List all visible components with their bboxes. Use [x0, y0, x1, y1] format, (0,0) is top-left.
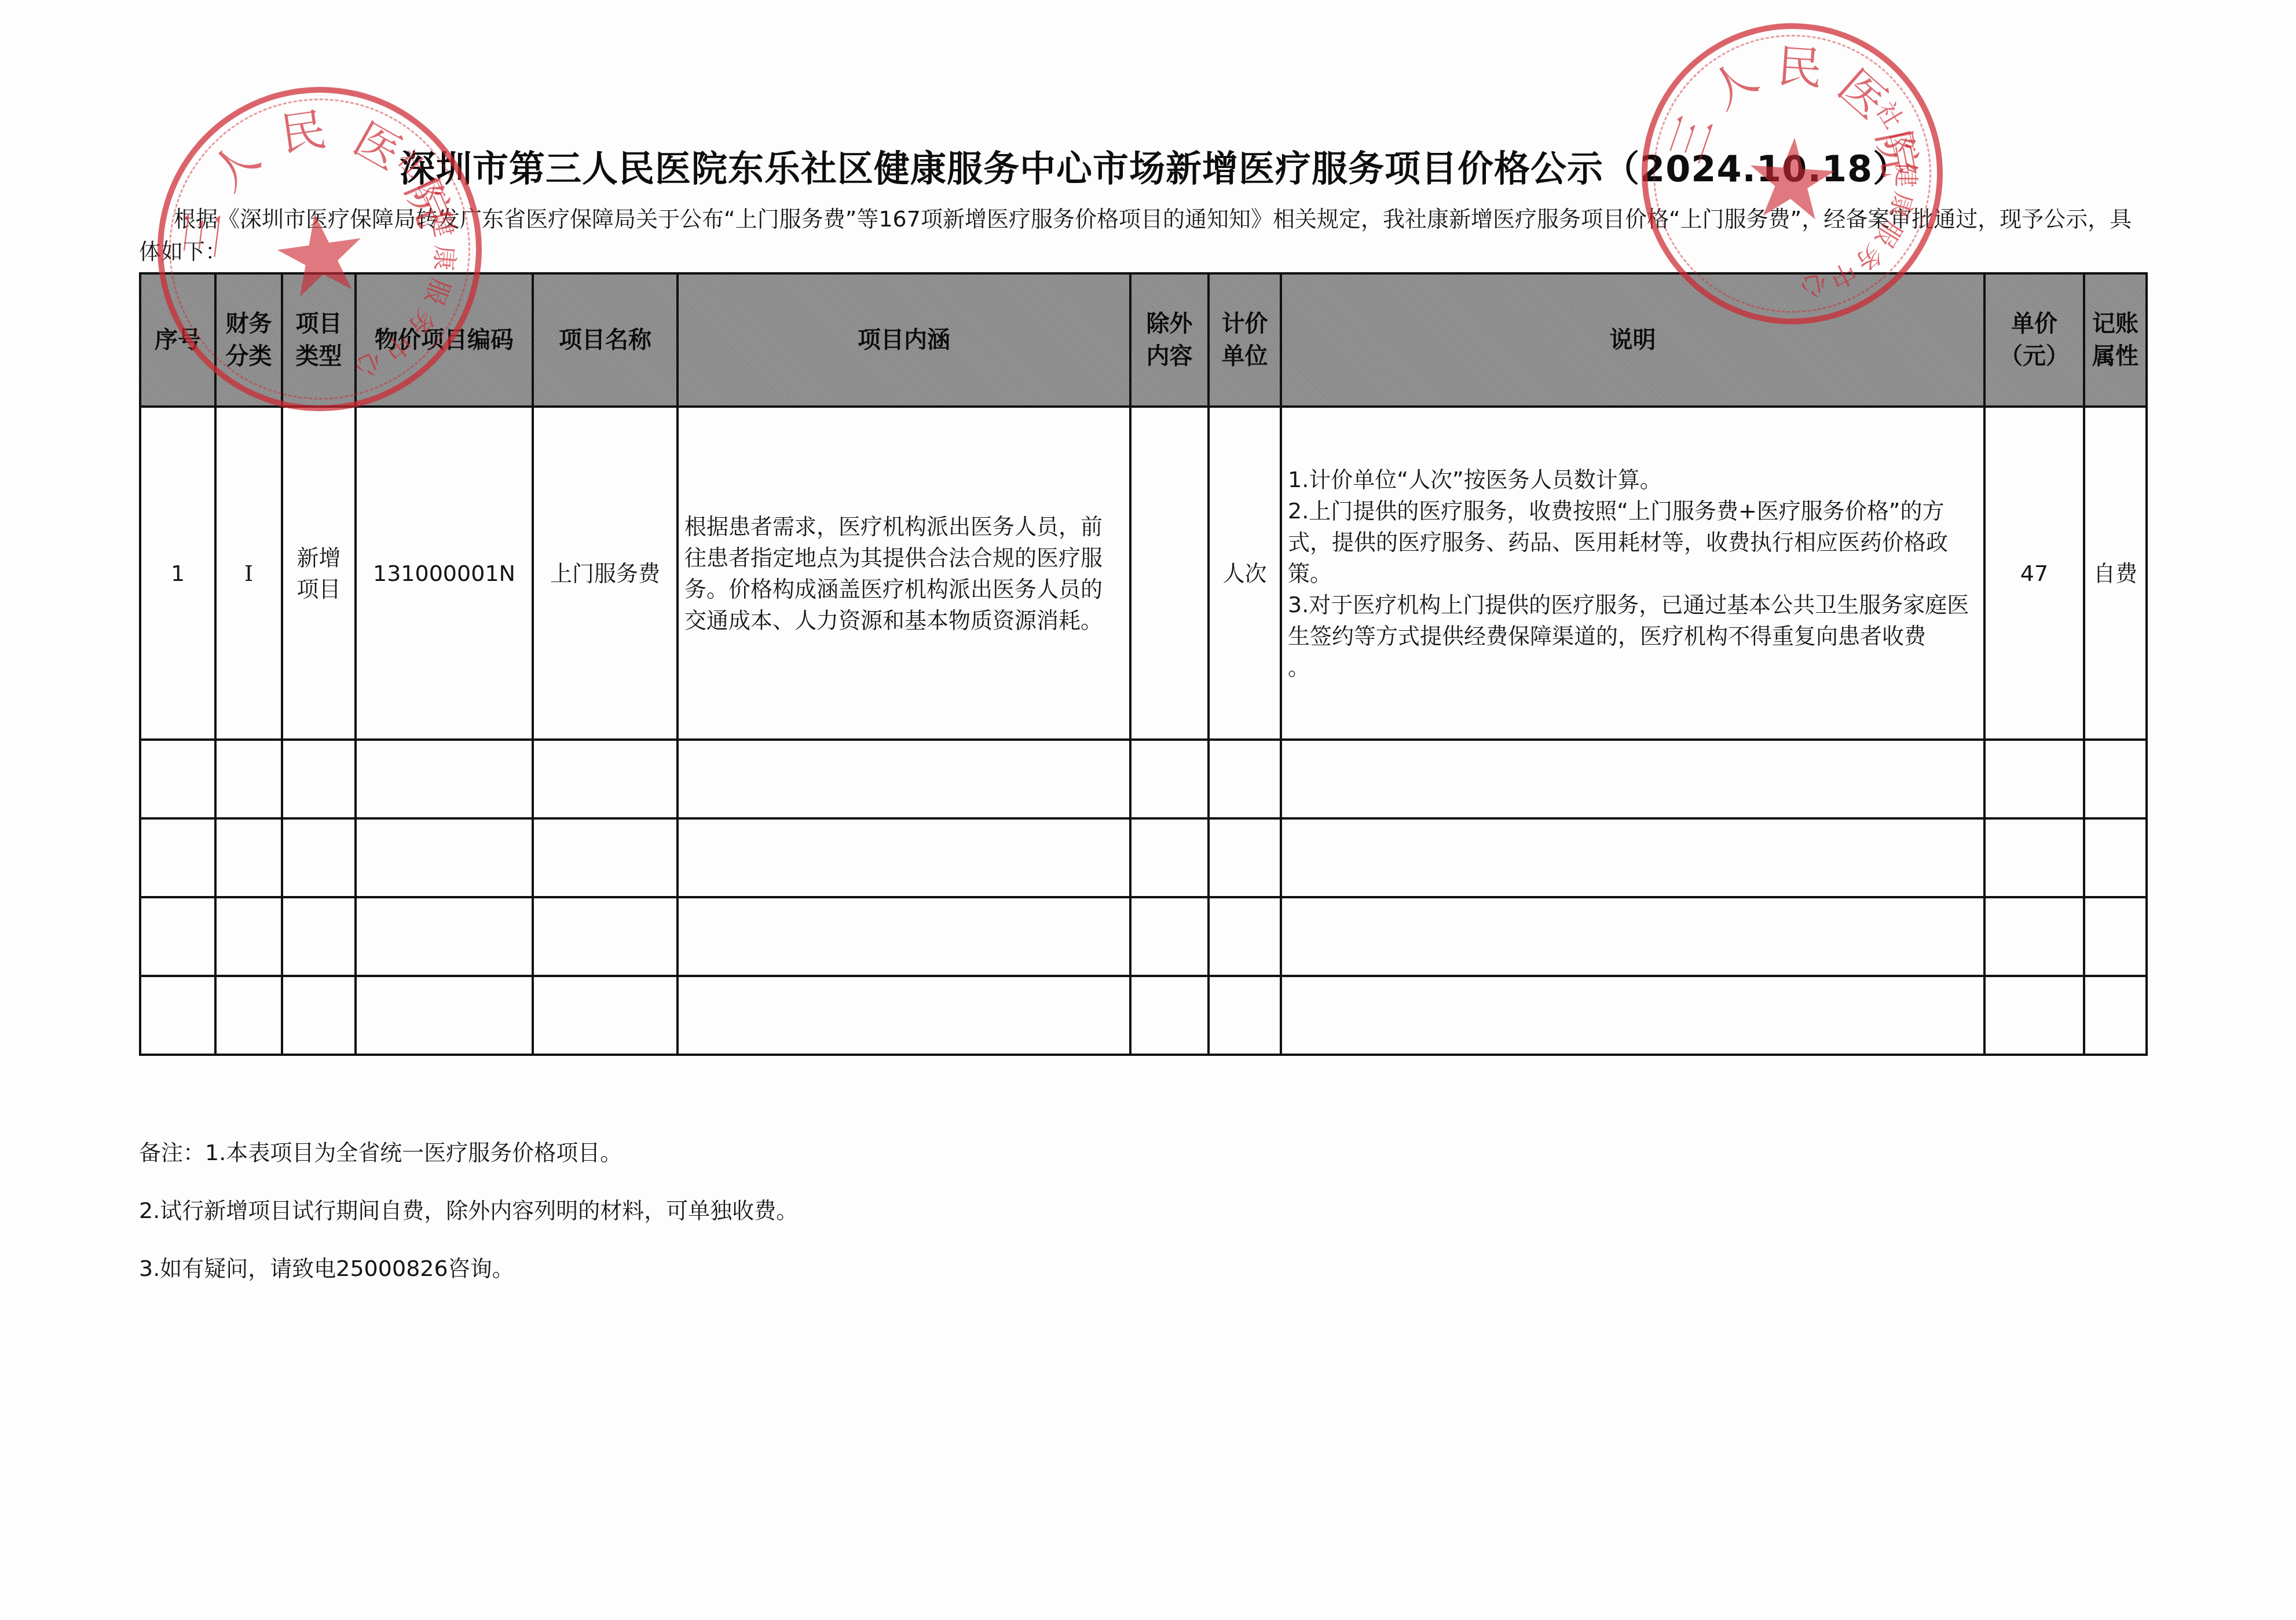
empty-cell	[1984, 818, 2084, 897]
empty-cell	[1209, 740, 1281, 818]
cell-pricing-unit: 人次	[1209, 407, 1281, 740]
empty-cell	[533, 897, 678, 976]
empty-cell	[678, 976, 1130, 1055]
empty-cell	[1130, 818, 1209, 897]
empty-cell	[2084, 976, 2147, 1055]
cell-finance-category: I	[215, 407, 282, 740]
empty-cell	[533, 818, 678, 897]
cell-remarks: 1.计价单位“人次”按医务人员数计算。 2.上门提供的医疗服务，收费按照“上门服…	[1281, 407, 1984, 740]
empty-cell	[1209, 976, 1281, 1055]
empty-cell	[140, 897, 215, 976]
header-billing-attribute: 记账属性	[2084, 273, 2147, 407]
table-row-empty	[140, 740, 2147, 818]
price-table: 序号 财务分类 项目类型 物价项目编码 项目名称 项目内涵 除外内容 计价单位 …	[139, 272, 2148, 1056]
empty-cell	[215, 976, 282, 1055]
note-item: 备注：1.本表项目为全省统一医疗服务价格项目。	[139, 1124, 798, 1182]
empty-cell	[678, 740, 1130, 818]
empty-cell	[1281, 976, 1984, 1055]
table-header-row: 序号 财务分类 项目类型 物价项目编码 项目名称 项目内涵 除外内容 计价单位 …	[140, 273, 2147, 407]
header-item-name: 项目名称	[533, 273, 678, 407]
empty-cell	[282, 740, 356, 818]
header-connotation: 项目内涵	[678, 273, 1130, 407]
cell-exclusions	[1130, 407, 1209, 740]
empty-cell	[282, 818, 356, 897]
table-row-empty	[140, 897, 2147, 976]
empty-cell	[1130, 976, 1209, 1055]
empty-cell	[678, 897, 1130, 976]
empty-cell	[2084, 897, 2147, 976]
intro-paragraph: 根据《深圳市医疗保障局转发广东省医疗保障局关于公布“上门服务费”等167项新增医…	[139, 203, 2148, 268]
cell-item-type: 新增项目	[282, 407, 356, 740]
remark-line: 1.计价单位“人次”按医务人员数计算。	[1288, 464, 1978, 495]
page-title: 深圳市第三人民医院东乐社区健康服务中心市场新增医疗服务项目价格公示（2024.1…	[400, 140, 1909, 192]
empty-cell	[1281, 818, 1984, 897]
empty-cell	[2084, 740, 2147, 818]
notes-section: 备注：1.本表项目为全省统一医疗服务价格项目。 2.试行新增项目试行期间自费，除…	[139, 1124, 798, 1297]
cell-connotation: 根据患者需求，医疗机构派出医务人员，前往患者指定地点为其提供合法合规的医疗服务。…	[678, 407, 1130, 740]
table-row-empty	[140, 976, 2147, 1055]
header-item-type: 项目类型	[282, 273, 356, 407]
empty-cell	[140, 818, 215, 897]
cell-serial: 1	[140, 407, 215, 740]
empty-cell	[1281, 897, 1984, 976]
empty-cell	[140, 740, 215, 818]
empty-cell	[356, 740, 533, 818]
table-row: 1 I 新增项目 131000001N 上门服务费 根据患者需求，医疗机构派出医…	[140, 407, 2147, 740]
empty-cell	[140, 976, 215, 1055]
header-pricing-unit: 计价单位	[1209, 273, 1281, 407]
empty-cell	[282, 897, 356, 976]
empty-cell	[215, 897, 282, 976]
empty-cell	[215, 818, 282, 897]
empty-cell	[533, 976, 678, 1055]
header-finance-category: 财务分类	[215, 273, 282, 407]
empty-cell	[215, 740, 282, 818]
empty-cell	[1130, 740, 1209, 818]
cell-item-name: 上门服务费	[533, 407, 678, 740]
header-price-code: 物价项目编码	[356, 273, 533, 407]
empty-cell	[1984, 897, 2084, 976]
header-serial: 序号	[140, 273, 215, 407]
empty-cell	[1984, 740, 2084, 818]
empty-cell	[1130, 897, 1209, 976]
note-item: 2.试行新增项目试行期间自费，除外内容列明的材料，可单独收费。	[139, 1182, 798, 1239]
header-unit-price: 单价（元）	[1984, 273, 2084, 407]
remark-line: 。	[1288, 652, 1978, 683]
header-exclusions: 除外内容	[1130, 273, 1209, 407]
header-remarks: 说明	[1281, 273, 1984, 407]
cell-price-code: 131000001N	[356, 407, 533, 740]
empty-cell	[1209, 818, 1281, 897]
empty-cell	[356, 818, 533, 897]
empty-cell	[1209, 897, 1281, 976]
empty-cell	[356, 897, 533, 976]
empty-cell	[533, 740, 678, 818]
empty-cell	[356, 976, 533, 1055]
cell-unit-price: 47	[1984, 407, 2084, 740]
empty-cell	[1984, 976, 2084, 1055]
cell-billing-attribute: 自费	[2084, 407, 2147, 740]
remark-line: 3.对于医疗机构上门提供的医疗服务，已通过基本公共卫生服务家庭医生签约等方式提供…	[1288, 589, 1978, 652]
empty-cell	[1281, 740, 1984, 818]
empty-cell	[282, 976, 356, 1055]
empty-cell	[2084, 818, 2147, 897]
remark-line: 2.上门提供的医疗服务，收费按照“上门服务费+医疗服务价格”的方式，提供的医疗服…	[1288, 495, 1978, 589]
note-item: 3.如有疑问，请致电25000826咨询。	[139, 1239, 798, 1297]
empty-cell	[678, 818, 1130, 897]
table-row-empty	[140, 818, 2147, 897]
